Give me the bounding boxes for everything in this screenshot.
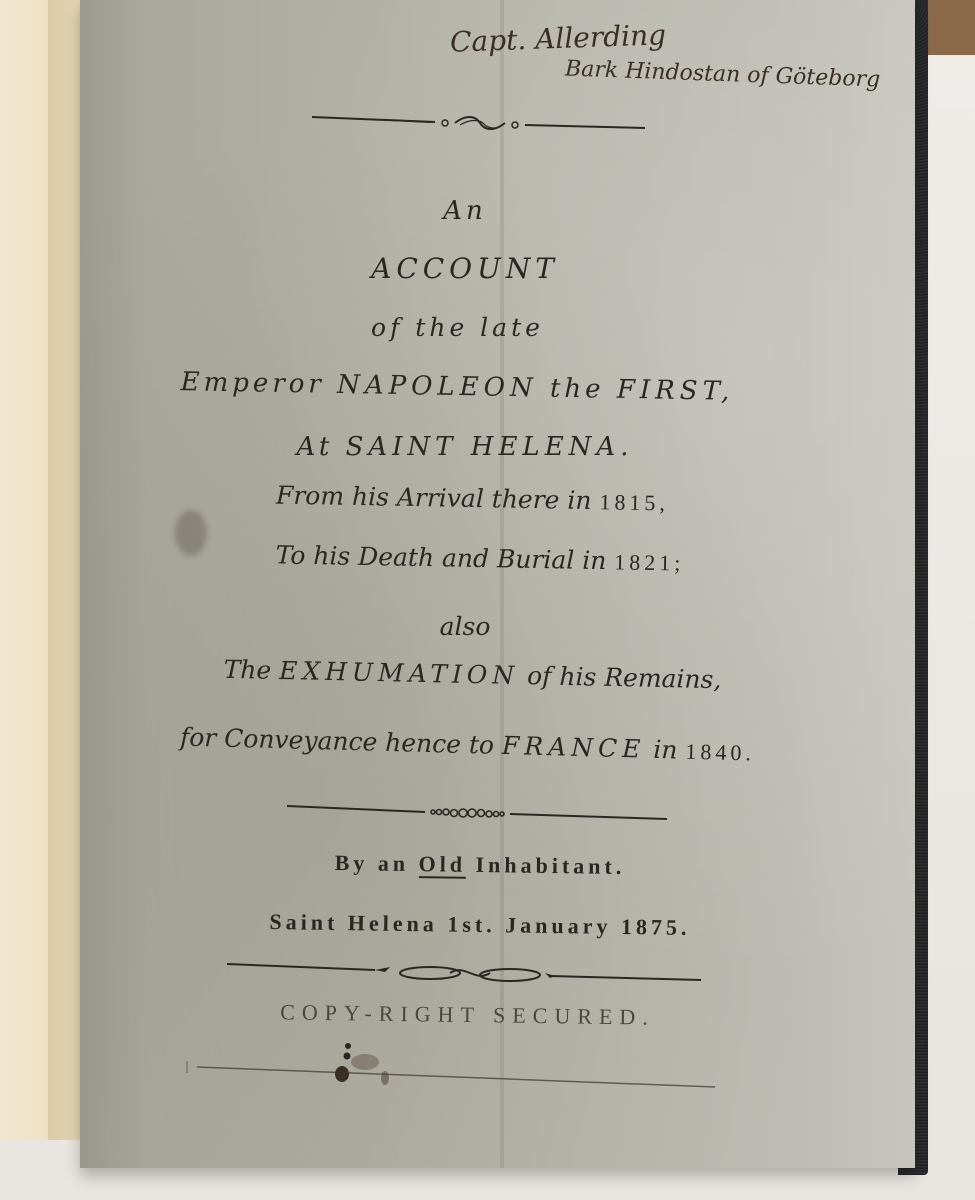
text-in: in — [645, 735, 686, 765]
text-the: The — [223, 655, 279, 685]
text-from-arrival: From his Arrival there in — [276, 481, 600, 516]
text-year-1815: 1815, — [599, 489, 669, 515]
title-line-an: An — [0, 196, 930, 226]
wooden-surface-corner — [920, 0, 975, 55]
text-death-burial: To his Death and Burial in — [275, 540, 614, 575]
ink-blot-stain — [330, 1040, 410, 1090]
text-year-1840: 1840. — [685, 739, 755, 766]
title-line-at-saint-helena: At SAINT HELENA. — [0, 432, 930, 462]
text-old-underlined: Old — [418, 851, 466, 879]
faint-bottom-rule — [185, 1055, 725, 1095]
text-of-his-remains: of his Remains, — [519, 661, 722, 694]
title-line-also: also — [0, 612, 930, 641]
title-line-of-the-late: of the late — [0, 313, 915, 342]
text-emperor: Emperor — [180, 367, 337, 400]
ornamental-rule-lower — [225, 958, 705, 988]
text-napoleon: NAPOLEON — [337, 370, 538, 403]
page-fold-crease — [500, 0, 504, 1168]
text-france: FRANCE — [502, 731, 646, 764]
text-inhabitant: Inhabitant. — [466, 852, 626, 879]
title-page — [80, 0, 915, 1168]
text-by-an: By an — [335, 850, 419, 876]
text-exhumation: EXHUMATION — [279, 656, 520, 690]
text-the: the — [537, 373, 617, 404]
text-saint-helena: SAINT HELENA. — [346, 432, 634, 462]
ornamental-rule-top — [310, 112, 650, 134]
text-first: FIRST, — [617, 375, 735, 407]
text-at: At — [297, 432, 346, 462]
text-year-1821: 1821; — [614, 549, 685, 575]
title-line-account: ACCOUNT — [0, 252, 930, 285]
ornamental-rule-middle — [285, 800, 670, 822]
